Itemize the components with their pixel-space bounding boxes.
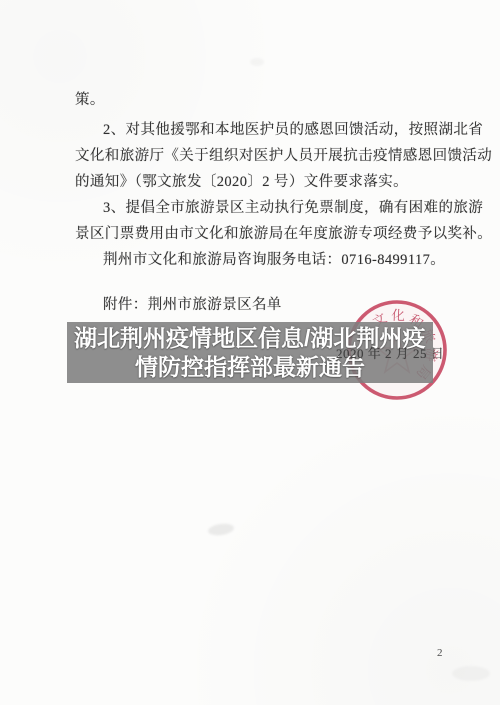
seal-char: 化	[391, 308, 405, 323]
doc-text-line: 荆州市文化和旅游局咨询服务电话：0716-8499117。	[103, 248, 445, 269]
doc-text-line: 策。	[75, 88, 105, 109]
page-number: 2	[437, 647, 443, 659]
scan-smudge	[452, 666, 490, 681]
doc-text-line: 2、对其他援鄂和本地医护员的感恩回馈活动，按照湖北省	[103, 118, 483, 139]
doc-text-line: 文化和旅游厅《关于组织对医护人员开展抗击疫情感恩回馈活动	[75, 144, 492, 165]
attachment-line: 附件：荆州市旅游景区名单	[103, 293, 282, 314]
doc-text-line: 的通知》（鄂文旅发〔2020〕2 号）文件要求落实。	[75, 170, 408, 191]
scan-smudge	[207, 522, 234, 537]
document-date: 2020 年 2 月 25 日	[336, 343, 444, 362]
doc-text-line: 3、提倡全市旅游景区主动执行免票制度，确有困难的旅游	[103, 196, 483, 217]
doc-text-line: 景区门票费用由市文化和旅游局在年度旅游专项经费予以奖补。	[75, 222, 492, 243]
scan-smudge	[250, 58, 264, 66]
scanned-document-page: 策。 2、对其他援鄂和本地医护员的感恩回馈活动，按照湖北省 文化和旅游厅《关于组…	[0, 0, 500, 705]
